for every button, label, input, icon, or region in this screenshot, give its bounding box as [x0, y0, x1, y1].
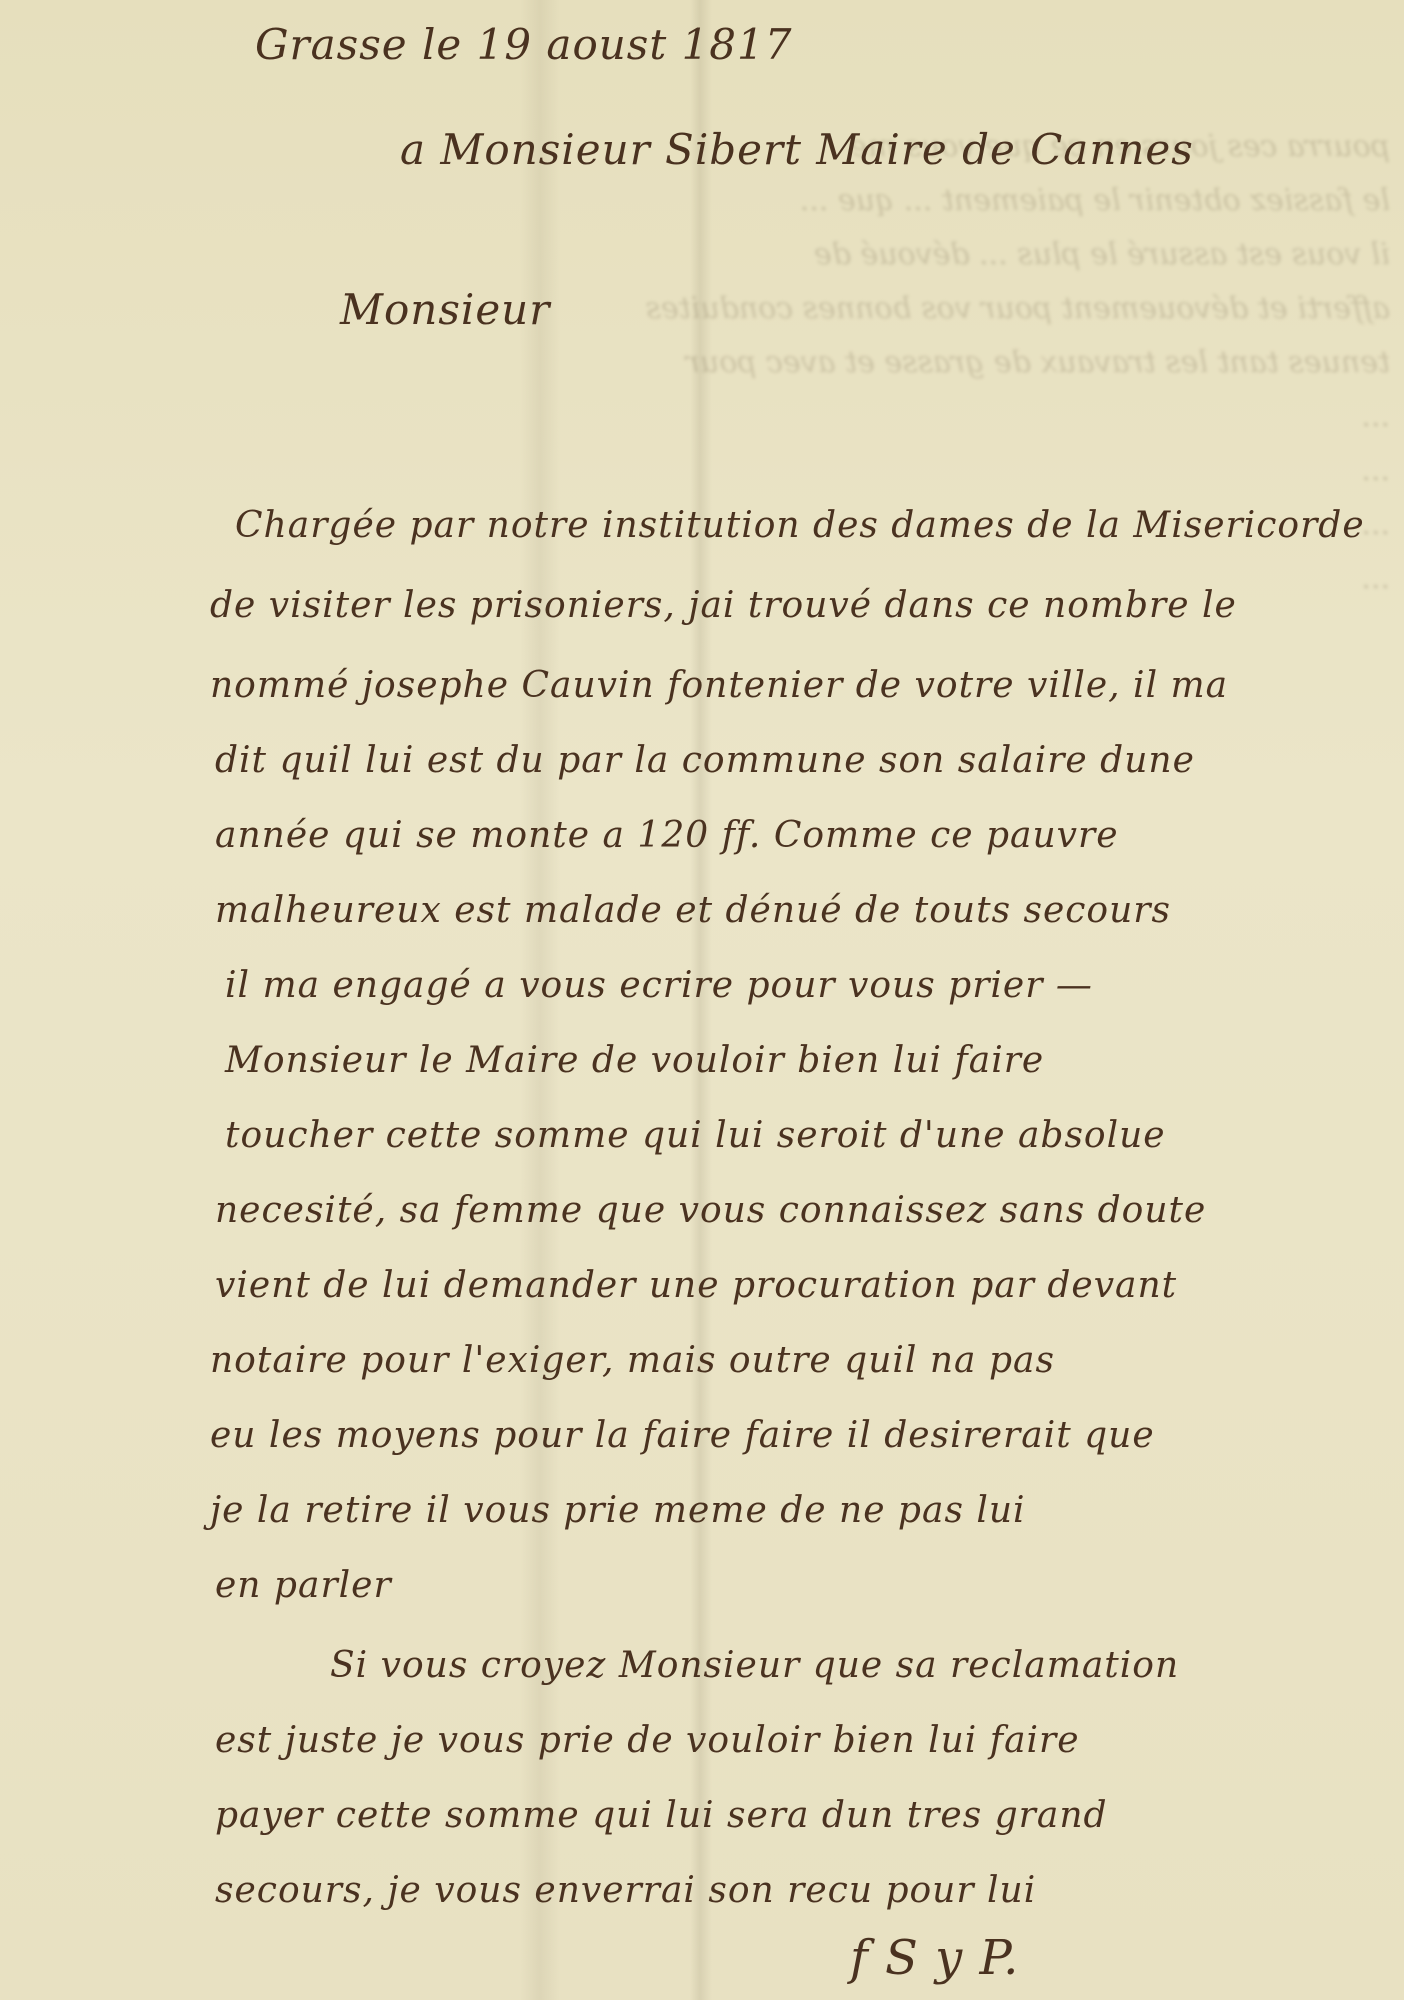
- body-line: Chargée par notre institution des dames …: [235, 505, 1365, 546]
- body-line: année qui se monte a 120 ff. Comme ce pa…: [215, 815, 1119, 856]
- body-line: vient de lui demander une procuration pa…: [215, 1265, 1177, 1306]
- body-line: malheureux est malade et dénué de touts …: [215, 890, 1171, 931]
- body-line: secours, je vous enverrai son recu pour …: [215, 1870, 1036, 1911]
- dateline: Grasse le 19 aoust 1817: [255, 20, 792, 69]
- body-line: necesité, sa femme que vous connaissez s…: [215, 1190, 1206, 1231]
- body-line: je la retire il vous prie meme de ne pas…: [210, 1490, 1026, 1531]
- body-line: notaire pour l'exiger, mais outre quil n…: [210, 1340, 1055, 1381]
- salutation: Monsieur: [340, 285, 550, 334]
- body-line: de visiter les prisoniers, jai trouvé da…: [210, 585, 1237, 626]
- body-line: Si vous croyez Monsieur que sa reclamati…: [330, 1645, 1179, 1686]
- body-line: nommé josephe Cauvin fontenier de votre …: [210, 665, 1228, 706]
- body-line: eu les moyens pour la faire faire il des…: [210, 1415, 1155, 1456]
- closing-signature: f S y P.: [850, 1930, 1019, 1986]
- addressee: a Monsieur Sibert Maire de Cannes: [400, 125, 1194, 174]
- body-line: est juste je vous prie de vouloir bien l…: [215, 1720, 1080, 1761]
- body-line: toucher cette somme qui lui seroit d'une…: [225, 1115, 1166, 1156]
- body-line: dit quil lui est du par la commune son s…: [215, 740, 1195, 781]
- letter-page: pourra ces jours en ce que vous me le fa…: [0, 0, 1404, 2000]
- body-line: Monsieur le Maire de vouloir bien lui fa…: [225, 1040, 1044, 1081]
- body-line: payer cette somme qui lui sera dun tres …: [215, 1795, 1108, 1836]
- body-line: il ma engagé a vous ecrire pour vous pri…: [225, 965, 1093, 1006]
- body-line: en parler: [215, 1565, 392, 1606]
